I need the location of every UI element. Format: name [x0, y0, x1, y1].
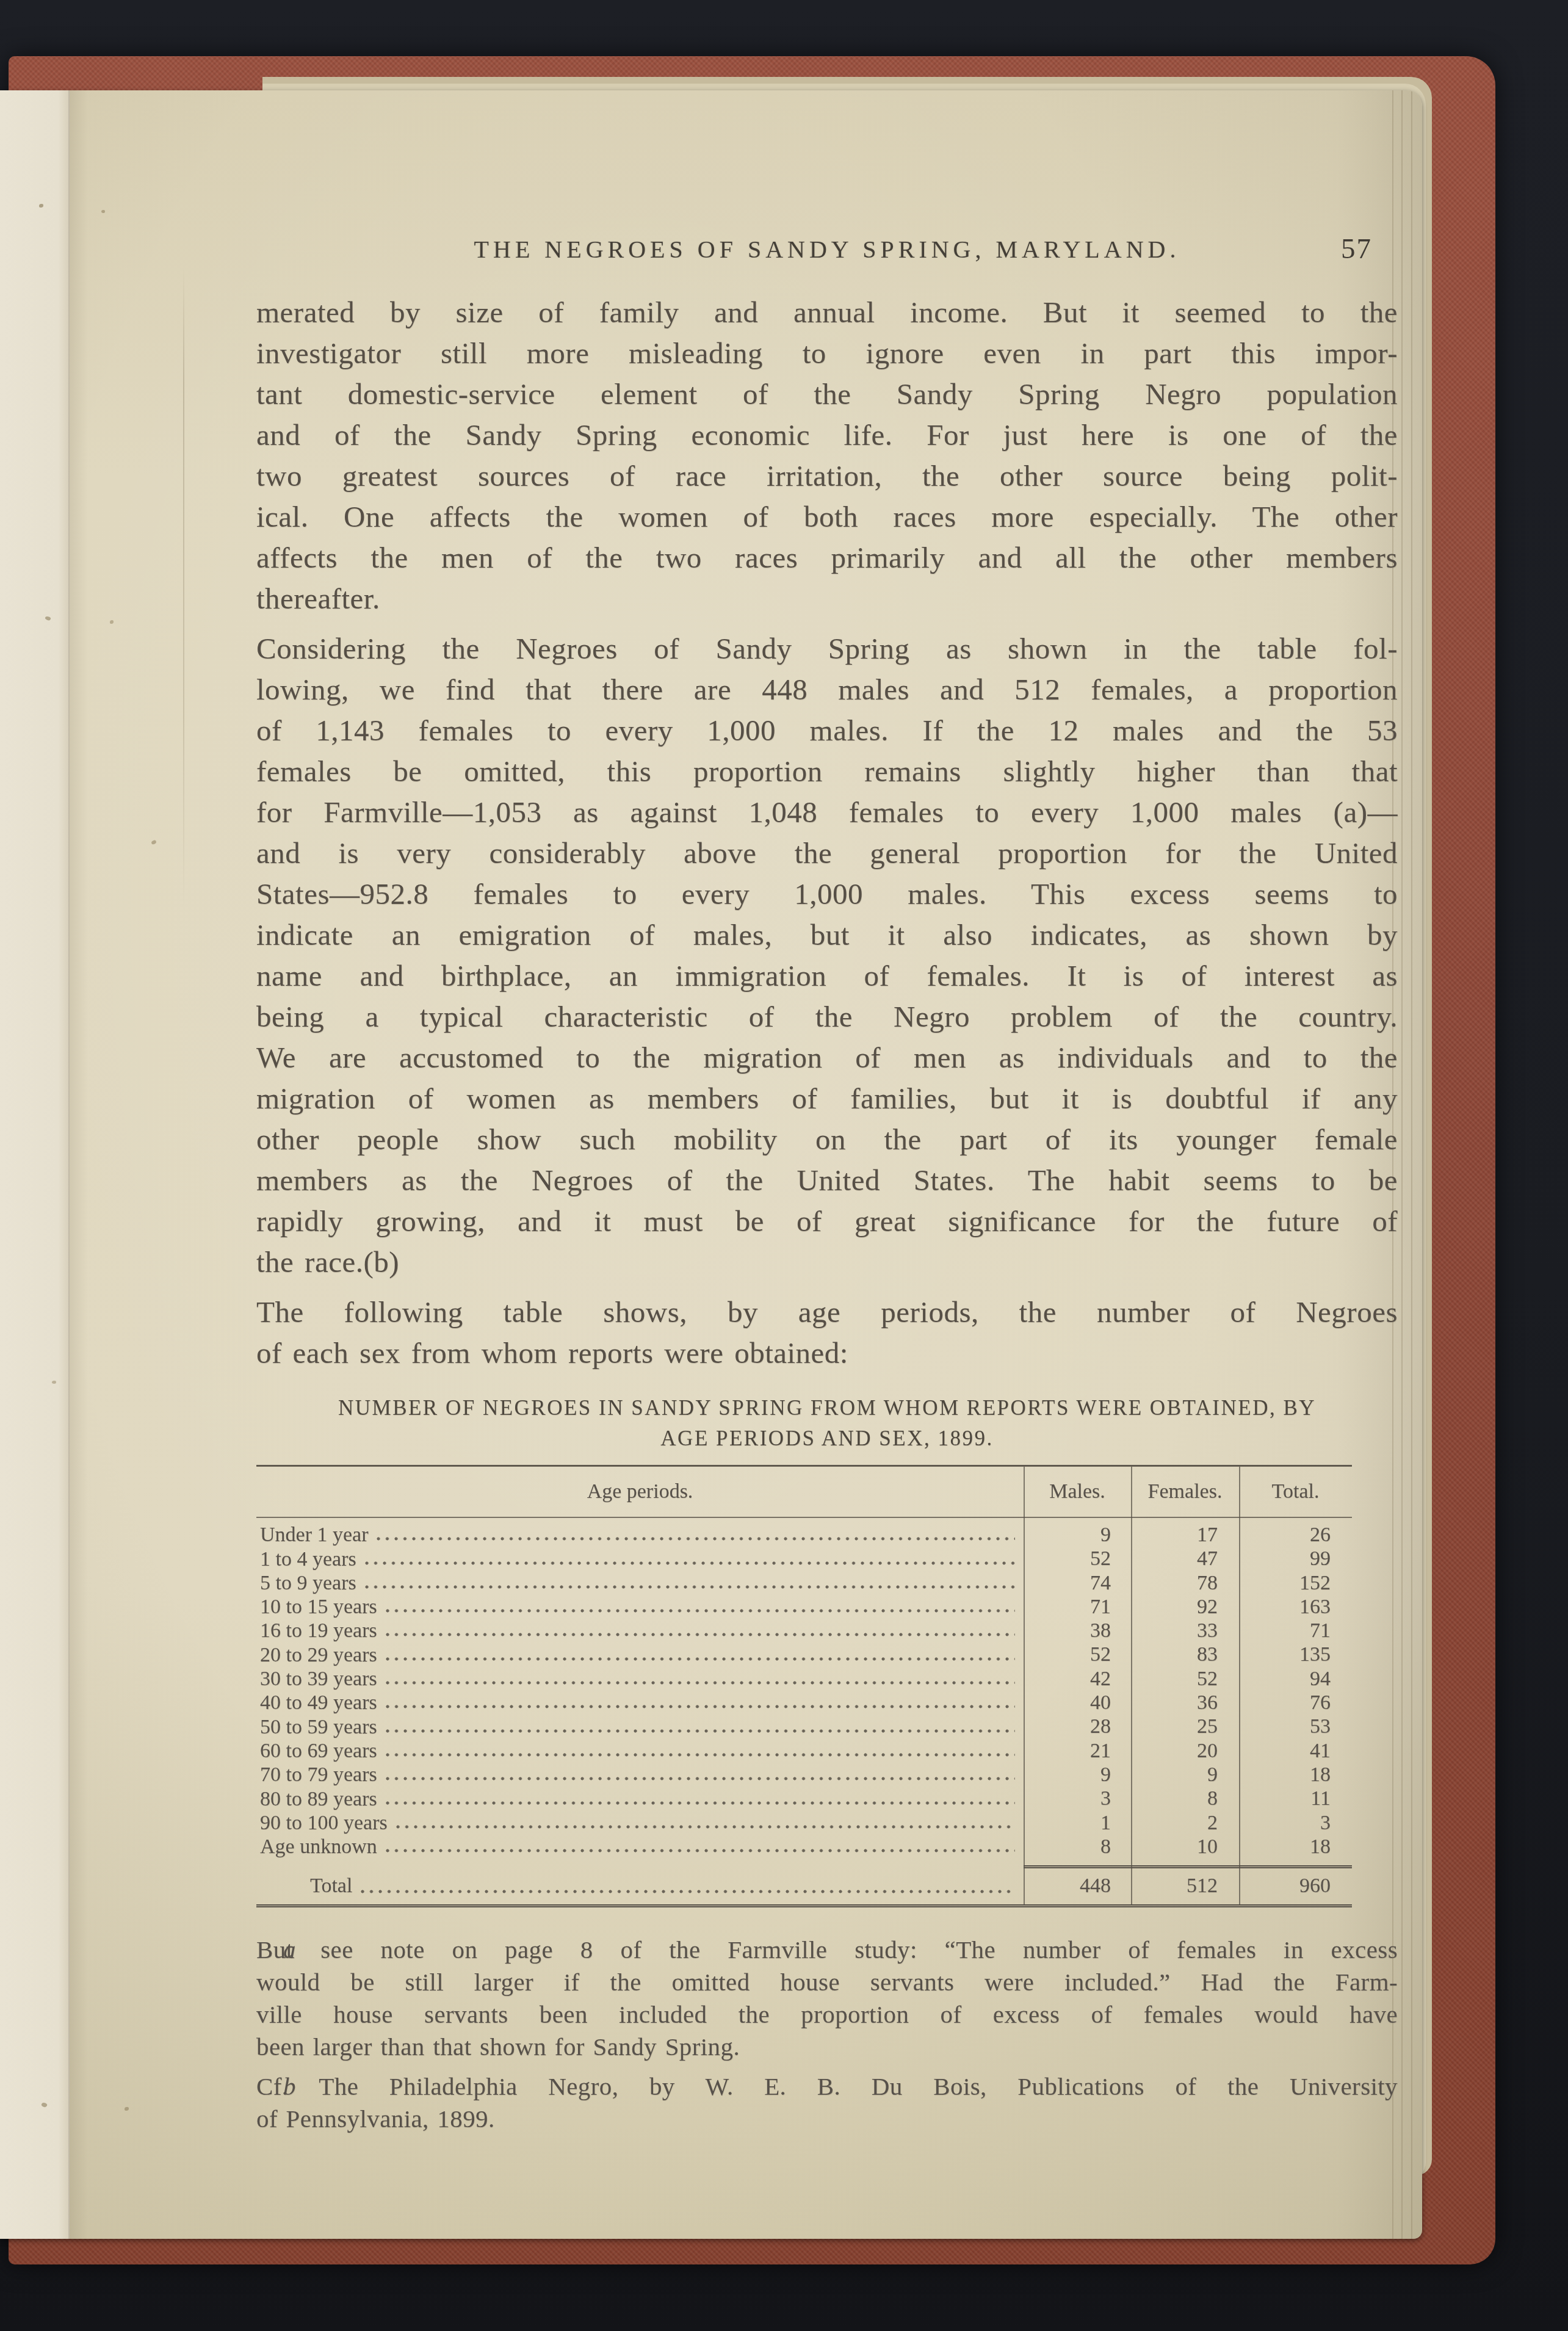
age-period-label: Age unknown: [260, 1835, 377, 1859]
dotted-leader: [386, 1679, 1015, 1686]
males-value: 8: [1024, 1835, 1131, 1859]
page-edge-line: [1401, 90, 1403, 2239]
book-page: THE NEGROES OF SANDY SPRING, MARYLAND. 5…: [0, 90, 1422, 2239]
text-line: of each sex from whom reports were obtai…: [256, 1332, 1398, 1373]
males-value: 38: [1024, 1619, 1131, 1643]
text-line: migration of women as members of familie…: [256, 1078, 1398, 1119]
body-text: merated by size of family and annual inc…: [256, 292, 1398, 1382]
males-grand-total: 448: [1024, 1873, 1131, 1899]
table-row: Under 1 year 9 17 26: [256, 1523, 1352, 1547]
age-period-label: 70 to 79 years: [260, 1763, 377, 1787]
females-value: 10: [1131, 1835, 1239, 1859]
dotted-leader: [361, 1888, 1015, 1895]
females-value: 36: [1131, 1691, 1239, 1715]
age-period-label: 20 to 29 years: [260, 1643, 377, 1667]
females-value: 92: [1131, 1595, 1239, 1619]
footnotes: a But see note on page 8 of the Farmvill…: [256, 1934, 1398, 2142]
footnote-marker: b: [283, 2070, 296, 2103]
table-column-divider: [1024, 1467, 1025, 1904]
age-period-label: 1 to 4 years: [260, 1547, 356, 1571]
paper-speck: [101, 210, 105, 213]
text-line: rapidly growing, and it must be of great…: [256, 1201, 1398, 1241]
males-value: 52: [1024, 1643, 1131, 1666]
column-header: Age periods.: [256, 1473, 1024, 1510]
total-label: Total: [310, 1873, 352, 1899]
footnote-line: would be still larger if the omitted hou…: [256, 1966, 1398, 1998]
females-value: 8: [1131, 1787, 1239, 1810]
table-header-row: Age periods. Males. Females. Total.: [256, 1473, 1352, 1510]
table-total-row: Total 448 512 960: [256, 1873, 1352, 1899]
table-row: 16 to 19 years 38 33 71: [256, 1619, 1352, 1643]
footnote: a But see note on page 8 of the Farmvill…: [256, 1934, 1398, 2063]
text-line: for Farmville—1,053 as against 1,048 fem…: [256, 792, 1398, 833]
footnote-lines: But see note on page 8 of the Farmville …: [256, 1934, 1398, 2063]
text-line: the race.(b): [256, 1241, 1398, 1282]
total-value: 53: [1239, 1715, 1352, 1738]
text-line: States—952.8 females to every 1,000 male…: [256, 873, 1398, 914]
footnote-line: ville house servants been included the p…: [256, 1998, 1398, 2031]
text-line: two greatest sources of race irritation,…: [256, 455, 1398, 496]
text-line: affects the men of the two races primari…: [256, 537, 1398, 578]
text-line: of 1,143 females to every 1,000 males. I…: [256, 710, 1398, 751]
females-value: 83: [1131, 1643, 1239, 1666]
table-row: 1 to 4 years 52 47 99: [256, 1547, 1352, 1570]
total-value: 99: [1239, 1547, 1352, 1570]
males-value: 71: [1024, 1595, 1131, 1619]
females-value: 52: [1131, 1667, 1239, 1691]
text-line: being a typical characteristic of the Ne…: [256, 996, 1398, 1037]
dotted-leader: [396, 1823, 1015, 1830]
age-period-label: 16 to 19 years: [260, 1619, 377, 1643]
males-value: 40: [1024, 1691, 1131, 1715]
dotted-leader: [377, 1535, 1015, 1542]
dotted-leader: [365, 1583, 1015, 1591]
footnote-line: Cf. The Philadelphia Negro, by W. E. B. …: [256, 2070, 1398, 2103]
paragraph: Considering the Negroes of Sandy Spring …: [256, 628, 1398, 1282]
text-line: Considering the Negroes of Sandy Spring …: [256, 628, 1398, 669]
caption-line: AGE PERIODS AND SEX, 1899.: [256, 1423, 1398, 1454]
text-line: We are accustomed to the migration of me…: [256, 1037, 1398, 1078]
age-period-label: 5 to 9 years: [260, 1571, 356, 1595]
table-row: 10 to 15 years 71 92 163: [256, 1595, 1352, 1619]
column-header: Total.: [1239, 1473, 1352, 1510]
age-period-label: 40 to 49 years: [260, 1691, 377, 1715]
age-period-label: 50 to 59 years: [260, 1715, 377, 1739]
table-header-rule: [256, 1517, 1352, 1518]
table-column-divider: [1239, 1467, 1240, 1904]
table-caption: NUMBER OF NEGROES IN SANDY SPRING FROM W…: [256, 1393, 1398, 1454]
grand-total: 960: [1239, 1873, 1352, 1899]
footnote-marker: a: [283, 1934, 296, 1966]
page-edge-line: [1411, 90, 1412, 2239]
text-line: The following table shows, by age period…: [256, 1292, 1398, 1332]
text-line: name and birthplace, an immigration of f…: [256, 955, 1398, 996]
total-value: 135: [1239, 1643, 1352, 1666]
paragraph: The following table shows, by age period…: [256, 1292, 1398, 1373]
males-value: 1: [1024, 1811, 1131, 1835]
total-value: 18: [1239, 1763, 1352, 1787]
males-value: 52: [1024, 1547, 1131, 1570]
table-bottom-rule: [256, 1904, 1352, 1907]
dotted-leader: [386, 1655, 1015, 1663]
total-value: 71: [1239, 1619, 1352, 1643]
text-line: other people show such mobility on the p…: [256, 1119, 1398, 1160]
column-header: Males.: [1024, 1473, 1131, 1510]
females-value: 78: [1131, 1571, 1239, 1595]
males-value: 9: [1024, 1763, 1131, 1787]
males-value: 21: [1024, 1739, 1131, 1763]
dotted-leader: [386, 1775, 1015, 1782]
age-period-label: Under 1 year: [260, 1523, 368, 1547]
running-header: THE NEGROES OF SANDY SPRING, MARYLAND. 5…: [256, 235, 1398, 270]
table-row: 50 to 59 years 28 25 53: [256, 1715, 1352, 1738]
text-line: and of the Sandy Spring economic life. F…: [256, 414, 1398, 455]
text-line: indicate an emigration of males, but it …: [256, 914, 1398, 955]
text-line: members as the Negroes of the United Sta…: [256, 1160, 1398, 1201]
text-line: tant domestic-service element of the San…: [256, 374, 1398, 414]
females-value: 25: [1131, 1715, 1239, 1738]
total-value: 11: [1239, 1787, 1352, 1810]
page-title: THE NEGROES OF SANDY SPRING, MARYLAND.: [256, 235, 1398, 264]
females-value: 33: [1131, 1619, 1239, 1643]
column-header: Females.: [1131, 1473, 1239, 1510]
males-value: 9: [1024, 1523, 1131, 1547]
age-period-label: 90 to 100 years: [260, 1811, 388, 1835]
footnote-lines: Cf. The Philadelphia Negro, by W. E. B. …: [256, 2070, 1398, 2135]
caption-line: NUMBER OF NEGROES IN SANDY SPRING FROM W…: [256, 1393, 1398, 1423]
gutter-shadow: [70, 90, 88, 2239]
table-column-divider: [1131, 1467, 1132, 1904]
males-value: 74: [1024, 1571, 1131, 1595]
dotted-leader: [386, 1751, 1015, 1758]
table-body: Under 1 year 9 17 26 1 to 4 years 52: [256, 1523, 1352, 1859]
total-value: 41: [1239, 1739, 1352, 1763]
males-value: 28: [1024, 1715, 1131, 1738]
total-value: 152: [1239, 1571, 1352, 1595]
footnote: b Cf. The Philadelphia Negro, by W. E. B…: [256, 2070, 1398, 2135]
dotted-leader: [386, 1847, 1015, 1854]
females-value: 47: [1131, 1547, 1239, 1570]
dotted-leader: [386, 1607, 1015, 1614]
females-value: 20: [1131, 1739, 1239, 1763]
total-value: 3: [1239, 1811, 1352, 1835]
dotted-leader: [386, 1799, 1015, 1807]
data-table: Age periods. Males. Females. Total. Unde…: [256, 1465, 1352, 1907]
paragraph: merated by size of family and annual inc…: [256, 292, 1398, 619]
table-top-rule: [256, 1465, 1352, 1467]
table-row: 80 to 89 years 3 8 11: [256, 1787, 1352, 1810]
table-sum-rule: [1024, 1865, 1352, 1868]
dotted-leader: [386, 1631, 1015, 1638]
females-value: 2: [1131, 1811, 1239, 1835]
age-period-label: 10 to 15 years: [260, 1595, 377, 1619]
total-value: 163: [1239, 1595, 1352, 1619]
text-line: lowing, we find that there are 448 males…: [256, 669, 1398, 710]
text-line: ical. One affects the women of both race…: [256, 496, 1398, 537]
table-row: Age unknown 8 10 18: [256, 1835, 1352, 1859]
table-row: 30 to 39 years 42 52 94: [256, 1667, 1352, 1691]
dotted-leader: [386, 1703, 1015, 1710]
paper-speck: [110, 620, 114, 624]
scanned-book-photo: THE NEGROES OF SANDY SPRING, MARYLAND. 5…: [0, 0, 1568, 2331]
adjacent-page-edge: [0, 90, 70, 2239]
table-row: 5 to 9 years 74 78 152: [256, 1571, 1352, 1595]
table-row: 90 to 100 years 1 2 3: [256, 1811, 1352, 1835]
total-value: 94: [1239, 1667, 1352, 1691]
total-value: 18: [1239, 1835, 1352, 1859]
text-line: females be omitted, this proportion rema…: [256, 751, 1398, 792]
age-period-label: 30 to 39 years: [260, 1667, 377, 1691]
text-line: merated by size of family and annual inc…: [256, 292, 1398, 333]
males-value: 42: [1024, 1667, 1131, 1691]
text-line: and is very considerably above the gener…: [256, 833, 1398, 873]
dotted-leader: [386, 1727, 1015, 1735]
males-value: 3: [1024, 1787, 1131, 1810]
text-line: investigator still more misleading to ig…: [256, 333, 1398, 374]
females-value: 9: [1131, 1763, 1239, 1787]
age-period-label: 80 to 89 years: [260, 1787, 377, 1811]
footnote-line: of Pennsylvania, 1899.: [256, 2103, 1398, 2135]
females-grand-total: 512: [1131, 1873, 1239, 1899]
dotted-leader: [365, 1559, 1015, 1567]
paper-speck: [125, 2107, 129, 2111]
page-number: 57: [1341, 233, 1372, 266]
text-line: thereafter.: [256, 578, 1398, 619]
table-row: 20 to 29 years 52 83 135: [256, 1643, 1352, 1666]
paper-speck: [151, 840, 156, 845]
total-value: 76: [1239, 1691, 1352, 1715]
table-row: 70 to 79 years 9 9 18: [256, 1763, 1352, 1787]
footnote-line: been larger than that shown for Sandy Sp…: [256, 2031, 1398, 2063]
table-row: 60 to 69 years 21 20 41: [256, 1739, 1352, 1763]
females-value: 17: [1131, 1523, 1239, 1547]
paper-crease: [183, 267, 184, 908]
footnote-line: But see note on page 8 of the Farmville …: [256, 1934, 1398, 1966]
table-row: 40 to 49 years 40 36 76: [256, 1691, 1352, 1715]
total-value: 26: [1239, 1523, 1352, 1547]
age-period-label: 60 to 69 years: [260, 1739, 377, 1763]
